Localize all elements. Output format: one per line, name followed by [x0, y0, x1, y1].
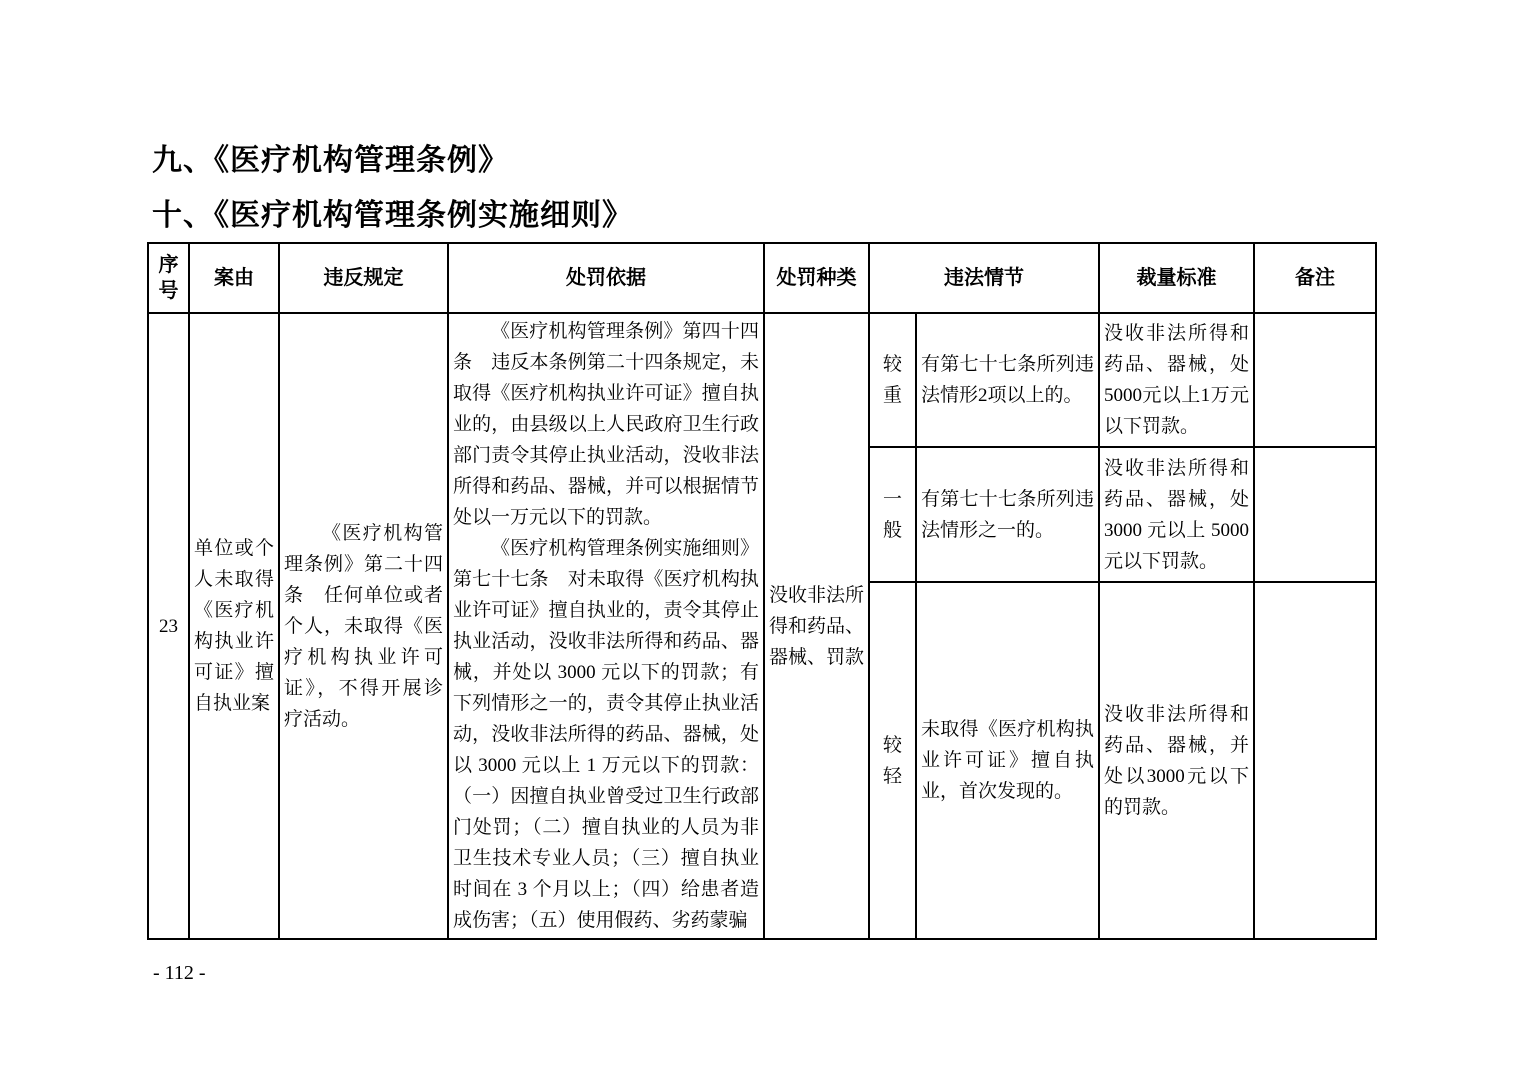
cell-cause: 单位或个人未取得《医疗机构执业许可证》擅自执业案 — [189, 313, 279, 939]
table-header-row: 序号 案由 违反规定 处罚依据 处罚种类 违法情节 裁量标准 备注 — [148, 243, 1376, 313]
cell-circumstance-light: 未取得《医疗机构执业许可证》擅自执业，首次发现的。 — [916, 582, 1099, 939]
cell-violation: 《医疗机构管理条例》第二十四条 任何单位或者个人，未取得《医疗机构执业许可证》，… — [279, 313, 448, 939]
penalty-basis-paragraph-1: 《医疗机构管理条例》第四十四条 违反本条例第二十四条规定，未取得《医疗机构执业许… — [453, 316, 759, 533]
header-standard: 裁量标准 — [1099, 243, 1254, 313]
header-circumstances: 违法情节 — [869, 243, 1099, 313]
cell-severity-light: 较轻 — [869, 582, 916, 939]
header-penalty-type: 处罚种类 — [764, 243, 869, 313]
cell-remark-severe — [1254, 313, 1376, 447]
penalty-basis-paragraph-2: 《医疗机构管理条例实施细则》第七十七条 对未取得《医疗机构执业许可证》擅自执业的… — [453, 533, 759, 936]
cell-seq: 23 — [148, 313, 189, 939]
section-heading-10: 十、《医疗机构管理条例实施细则》 — [152, 190, 633, 234]
header-seq: 序号 — [148, 243, 189, 313]
cell-severity-severe: 较重 — [869, 313, 916, 447]
cell-standard-general: 没收非法所得和药品、器械，处 3000 元以上 5000 元以下罚款。 — [1099, 447, 1254, 582]
cell-circumstance-severe: 有第七十七条所列违法情形2项以上的。 — [916, 313, 1099, 447]
cell-penalty-type: 没收非法所得和药品、器械、罚款 — [764, 313, 869, 939]
table-row-severe: 23 单位或个人未取得《医疗机构执业许可证》擅自执业案 《医疗机构管理条例》第二… — [148, 313, 1376, 447]
header-remark: 备注 — [1254, 243, 1376, 313]
page-number: - 112 - — [153, 962, 206, 985]
header-violation: 违反规定 — [279, 243, 448, 313]
cell-remark-general — [1254, 447, 1376, 582]
header-basis: 处罚依据 — [448, 243, 764, 313]
section-heading-9: 九、《医疗机构管理条例》 — [152, 135, 509, 179]
cell-circumstance-general: 有第七十七条所列违法情形之一的。 — [916, 447, 1099, 582]
cell-penalty-basis: 《医疗机构管理条例》第四十四条 违反本条例第二十四条规定，未取得《医疗机构执业许… — [448, 313, 764, 939]
cell-severity-general: 一般 — [869, 447, 916, 582]
cell-standard-severe: 没收非法所得和药品、器械，处5000元以上1万元以下罚款。 — [1099, 313, 1254, 447]
regulation-table: 序号 案由 违反规定 处罚依据 处罚种类 违法情节 裁量标准 备注 23 单位或… — [147, 242, 1377, 940]
cell-remark-light — [1254, 582, 1376, 939]
cell-standard-light: 没收非法所得和药品、器械，并处以3000元以下的罚款。 — [1099, 582, 1254, 939]
header-cause: 案由 — [189, 243, 279, 313]
